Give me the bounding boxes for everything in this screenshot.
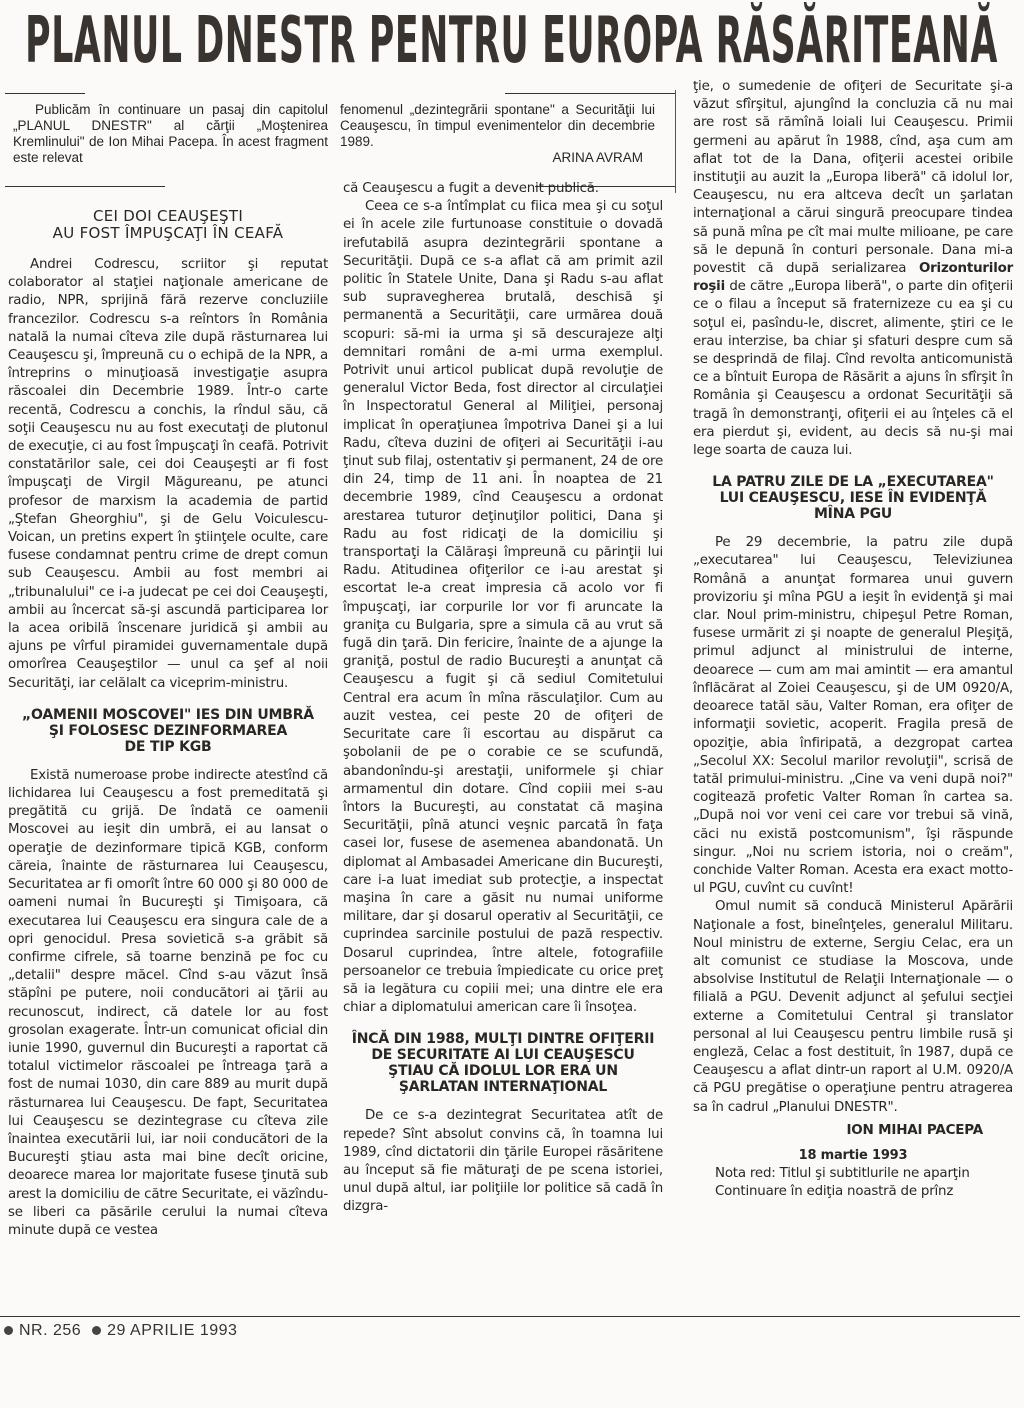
paragraph: Andrei Codrescu, scriitor şi reputat col… xyxy=(8,256,328,693)
paragraph: Omul numit să conducă Ministerul Apărări… xyxy=(693,898,1013,1116)
heading-line: DE TIP KGB xyxy=(125,739,212,755)
divider xyxy=(5,93,85,94)
divider xyxy=(505,93,675,94)
continuation-note: Continuare în ediţia noastră de prînz xyxy=(693,1183,1013,1201)
divider xyxy=(5,186,165,187)
footer: NR. 256 29 APRILIE 1993 xyxy=(4,1322,237,1340)
issue-date: 29 APRILIE 1993 xyxy=(107,1322,237,1339)
section-heading: „OAMENII MOSCOVEI" IES DIN UMBRĂ ŞI FOLO… xyxy=(8,707,328,755)
section-heading: CEI DOI CEAUŞEŞTI AU FOST ÎMPUŞCAŢI ÎN C… xyxy=(8,208,328,242)
section-heading: ÎNCĂ DIN 1988, MULŢI DINTRE OFIŢERII DE … xyxy=(343,1031,663,1095)
heading-line: ÎNCĂ DIN 1988, MULŢI DINTRE OFIŢERII xyxy=(352,1031,654,1047)
paragraph: Ceea ce s-a întîmplat cu fiica mea şi cu… xyxy=(343,198,663,1017)
heading-line: ŞTIAU CĂ IDOLUL LOR ERA UN xyxy=(388,1063,618,1079)
article-date: 18 martie 1993 xyxy=(693,1147,1013,1165)
heading-line: LUI CEAUŞESCU, IESE ÎN EVIDENŢĂ xyxy=(720,490,987,506)
text-run: ţie, o sumedenie de ofiţeri de Securitat… xyxy=(693,79,1013,276)
bullet-icon xyxy=(92,1326,101,1335)
divider xyxy=(0,1316,1020,1317)
article-column-2: că Ceauşescu a fugit a devenit publică. … xyxy=(343,180,663,1217)
heading-line: DE SECURITATE AI LUI CEAUŞESCU xyxy=(371,1047,634,1063)
article-column-3: ţie, o sumedenie de ofiţeri de Securitat… xyxy=(693,78,1013,1202)
intro-text-left: Publicăm în continuare un pasaj din capi… xyxy=(13,102,328,166)
page-title: PLANUL DNESTR PENTRU EUROPA RĂSĂRITEANĂ xyxy=(26,3,999,78)
heading-line: ŞARLATAN INTERNAŢIONAL xyxy=(399,1079,607,1095)
heading-line: LA PATRU ZILE DE LA „EXECUTAREA" xyxy=(712,474,993,490)
editor-note: Nota red: Titlul şi subtitlurile ne apar… xyxy=(693,1165,1013,1183)
heading-line: AU FOST ÎMPUŞCAŢI ÎN CEAFĂ xyxy=(53,224,284,242)
intro-text-right: fenomenul „dezintegrării spontane" a Sec… xyxy=(340,102,655,166)
paragraph: Pe 29 decembrie, la patru zile după „exe… xyxy=(693,534,1013,898)
heading-line: MÎNA PGU xyxy=(814,506,892,522)
bullet-icon xyxy=(4,1326,13,1335)
paragraph: De ce s-a dezintegrat Securitatea atît d… xyxy=(343,1107,663,1216)
issue-number: NR. 256 xyxy=(19,1322,81,1339)
intro-box: Publicăm în continuare un pasaj din capi… xyxy=(5,90,676,193)
intro-author: ARINA AVRAM xyxy=(340,150,643,166)
paragraph: Există numeroase probe indirecte atestîn… xyxy=(8,767,328,1240)
masthead: PLANUL DNESTR PENTRU EUROPA RĂSĂRITEANĂ xyxy=(0,0,1024,80)
article-author: ION MIHAI PACEPA xyxy=(693,1121,983,1139)
paragraph: că Ceauşescu a fugit a devenit publică. xyxy=(343,180,663,198)
article-column-1: CEI DOI CEAUŞEŞTI AU FOST ÎMPUŞCAŢI ÎN C… xyxy=(8,198,328,1240)
text-run: de către „Europa liberă", o parte din of… xyxy=(693,279,1013,458)
heading-line: „OAMENII MOSCOVEI" IES DIN UMBRĂ xyxy=(22,707,314,723)
section-heading: LA PATRU ZILE DE LA „EXECUTAREA" LUI CEA… xyxy=(693,474,1013,522)
intro-text: fenomenul „dezintegrării spontane" a Sec… xyxy=(340,102,655,150)
paragraph: ţie, o sumedenie de ofiţeri de Securitat… xyxy=(693,78,1013,460)
heading-line: ŞI FOLOSESC DEZINFORMAREA xyxy=(49,723,287,739)
heading-line: CEI DOI CEAUŞEŞTI xyxy=(93,207,243,225)
